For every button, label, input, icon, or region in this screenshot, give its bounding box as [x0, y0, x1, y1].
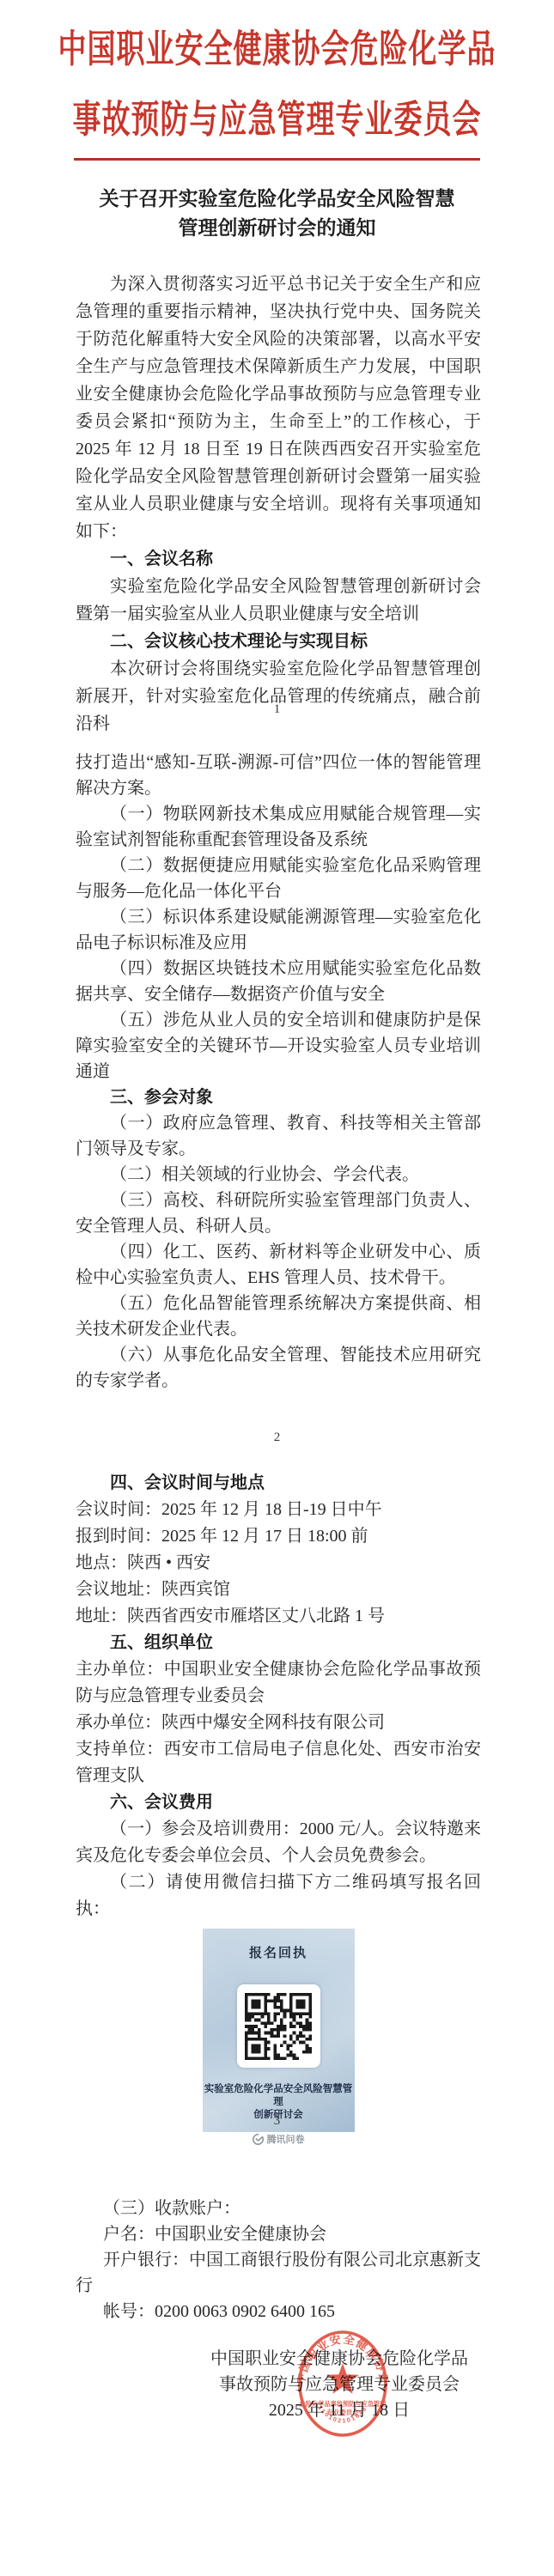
document-title-line-2: 管理创新研讨会的通知 — [0, 214, 554, 243]
qr-code-pattern-icon — [245, 1993, 312, 2060]
section2-intro-part1: 本次研讨会将围绕实验室危险化学品智慧管理创新展开，针对实验室危化品管理的传统痛点… — [76, 655, 481, 738]
account-name-line: 户名：中国职业安全健康协会 — [76, 2221, 481, 2247]
checkin-time-line: 报到时间：2025 年 12 月 17 日 18:00 前 — [76, 1523, 481, 1550]
section5-heading: 五、组织单位 — [76, 1630, 481, 1656]
section2-item: （一）物联网新技术集成应用赋能合规管理—实验室试剂智能称重配套管理设备及系统 — [76, 801, 481, 853]
section3-item: （五）危化品智能管理系统解决方案提供商、相关技术研发企业代表。 — [76, 1291, 481, 1342]
section2-item: （五）涉危从业人员的安全培训和健康防护是保障实验室安全的关键环节—开设实验室人员… — [76, 1007, 481, 1084]
section4-heading: 四、会议时间与地点 — [76, 1470, 481, 1497]
survey-logo-label: 腾讯问卷 — [267, 2132, 305, 2146]
section1-heading: 一、会议名称 — [76, 545, 481, 573]
host-org-line: 主办单位：中国职业安全健康协会危险化学品事故预防与应急管理专业委员会 — [76, 1656, 481, 1710]
page-number-1: 1 — [0, 699, 554, 720]
section2-item: （三）标识体系建设赋能溯源管理—实验室危化品电子标识标准及应用 — [76, 904, 481, 956]
section2-item: （四）数据区块链技术应用赋能实验室危化品数据共享、安全储存—数据资产价值与安全 — [76, 956, 481, 1007]
page-number-2: 2 — [0, 1427, 554, 1448]
checkmark-leaf-icon — [253, 2134, 264, 2145]
page-number-3: 3 — [0, 2111, 554, 2131]
supporter-line: 支持单位：西安市工信局电子信息化处、西安市治安管理支队 — [76, 1736, 481, 1789]
section1-text: 实验室危险化学品安全风险智慧管理创新研讨会暨第一届实验室从业人员职业健康与安全培… — [76, 573, 481, 628]
signature-org-line-2: 事故预防与应急管理专业委员会 — [202, 2372, 477, 2397]
meeting-time-line: 会议时间：2025 年 12 月 18 日-19 日中午 — [76, 1497, 481, 1523]
qr-card-title: 报名回执 — [203, 1929, 355, 1961]
signature-org-line-1: 中国职业安全健康协会危险化学品 — [202, 2346, 477, 2372]
signature-block: 中国职业安全健康协会危险化学品 事故预防与应急管理专业委员会 2025 年 11… — [202, 2346, 477, 2423]
section6-heading: 六、会议费用 — [76, 1789, 481, 1816]
section2-intro-part2: 技打造出“感知-互联-溯源-可信”四位一体的智能管理解决方案。 — [76, 750, 481, 801]
bank-line: 开户银行：中国工商银行股份有限公司北京惠新支行 — [76, 2247, 481, 2299]
letterhead: 中国职业安全健康协会危险化学品 事故预防与应急管理专业委员会 — [0, 0, 554, 161]
section3-heading: 三、参会对象 — [76, 1084, 481, 1110]
section2-heading: 二、会议核心技术理论与实现目标 — [76, 628, 481, 655]
section3-item: （二）相关领域的行业协会、学会代表。 — [76, 1162, 481, 1188]
letterhead-line-2: 事故预防与应急管理专业委员会 — [0, 69, 554, 164]
venue-line: 会议地址：陕西宾馆 — [76, 1577, 481, 1603]
document-title-line-1: 关于召开实验室危险化学品安全风险智慧 — [0, 185, 554, 214]
page1-body: 为深入贯彻落实习近平总书记关于安全生产和应急管理的重要指示精神，坚决执行党中央、… — [76, 270, 481, 738]
account-number-line: 帐号：0200 0063 0902 6400 165 — [76, 2299, 481, 2324]
organizer-line: 承办单位：陕西中爆安全网科技有限公司 — [76, 1710, 481, 1736]
scanned-notice-document: 中国职业安全健康协会危险化学品 事故预防与应急管理专业委员会 关于召开实验室危险… — [0, 0, 554, 2576]
registration-qr-card: 报名回执 实验室危险化学品安全风险智慧管理 创新研讨会 腾讯问卷 — [203, 1929, 355, 2132]
section3-item: （三）高校、科研院所实验室管理部门负责人、安全管理人员、科研人员。 — [76, 1188, 481, 1239]
qr-code — [237, 1984, 320, 2068]
account-section-heading: （三）收款账户： — [76, 2196, 481, 2221]
section2-item: （二）数据便捷应用赋能实验室危化品采购管理与服务—危化品一体化平台 — [76, 853, 481, 904]
qr-instruction-line: （二）请使用微信扫描下方二维码填写报名回执： — [76, 1869, 481, 1923]
page3-body: 四、会议时间与地点 会议时间：2025 年 12 月 18 日-19 日中午 报… — [76, 1470, 481, 2132]
location-line: 地点：陕西 • 西安 — [76, 1550, 481, 1577]
survey-logo: 腾讯问卷 — [203, 2132, 355, 2146]
section3-item: （四）化工、医药、新材料等企业研发中心、质检中心实验室负责人、EHS 管理人员、… — [76, 1239, 481, 1291]
qr-caption-line-1: 实验室危险化学品安全风险智慧管理 — [203, 2083, 355, 2109]
document-title: 关于召开实验室危险化学品安全风险智慧 管理创新研讨会的通知 — [0, 185, 554, 243]
signature-date: 2025 年 11 月 18 日 — [202, 2397, 477, 2423]
section3-item: （一）政府应急管理、教育、科技等相关主管部门领导及专家。 — [76, 1110, 481, 1162]
address-line: 地址：陕西省西安市雁塔区丈八北路 1 号 — [76, 1603, 481, 1630]
fee-line: （一）参会及培训费用：2000 元/人。会议特邀来宾及危化专委会单位会员、个人会… — [76, 1816, 481, 1869]
section3-item: （六）从事危化品安全管理、智能技术应用研究的专家学者。 — [76, 1342, 481, 1394]
page2-body: 技打造出“感知-互联-溯源-可信”四位一体的智能管理解决方案。 （一）物联网新技… — [76, 750, 481, 1394]
page4-body: （三）收款账户： 户名：中国职业安全健康协会 开户银行：中国工商银行股份有限公司… — [76, 2196, 481, 2324]
intro-paragraph: 为深入贯彻落实习近平总书记关于安全生产和应急管理的重要指示精神，坚决执行党中央、… — [76, 270, 481, 545]
